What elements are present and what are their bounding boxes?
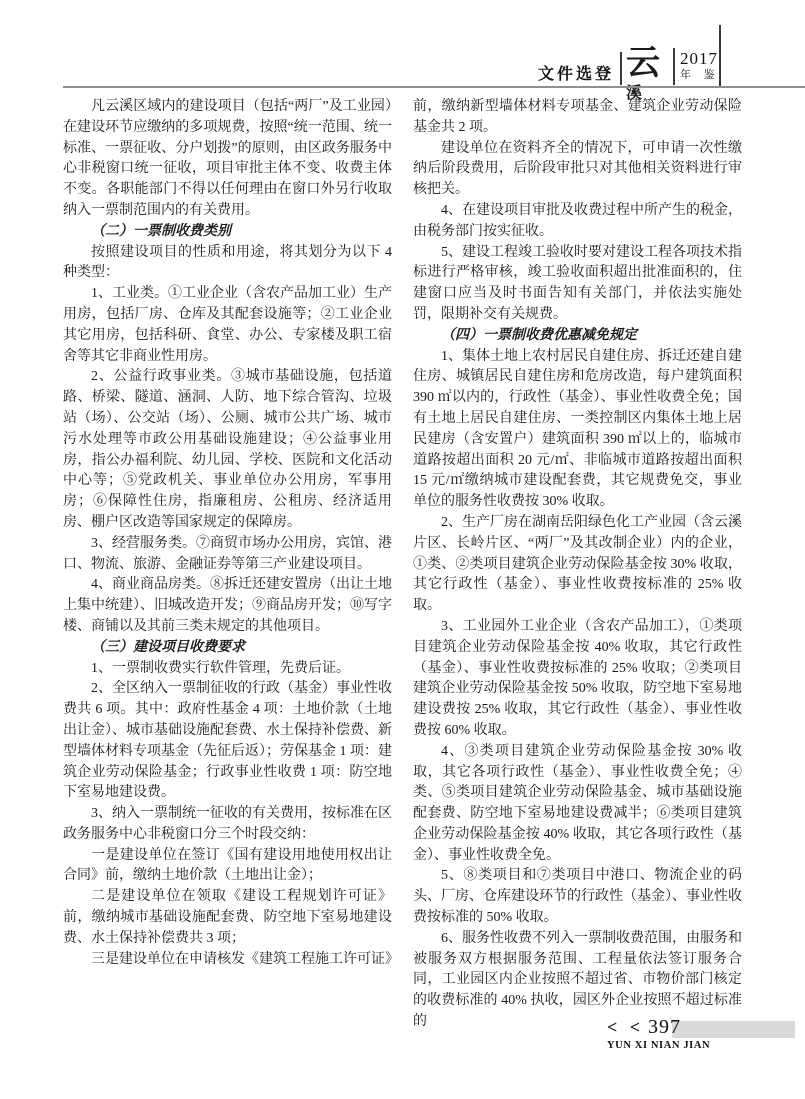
paragraph: 5、⑧类项目和⑦类项目中港口、物流企业的码头、厂房、仓库建设环节的行政性（基金）…: [413, 866, 742, 928]
paragraph: 按照建设项目的性质和用途，将其划分为以下 4 种类型：: [63, 243, 392, 285]
header-year: 2017: [680, 50, 718, 68]
paragraph: 1、工业类。①工业企业（含农产品加工业）生产用房，包括厂房、仓库及其配套设施等；…: [63, 284, 392, 367]
page-number: 397: [648, 1016, 681, 1038]
section-heading: （三）建设项目收费要求: [63, 638, 392, 659]
yearbook-page: 文件选登 云溪 2017 年 鉴 凡云溪区域内的建设项目（包括“两厂”及工业园）…: [0, 0, 805, 1099]
paragraph: 1、一票制收费实行软件管理，先费后证。: [63, 659, 392, 680]
paragraph: 前，缴纳新型墙体材料专项基金、建筑企业劳动保险基金共 2 项。: [413, 97, 742, 139]
right-column: 前，缴纳新型墙体材料专项基金、建筑企业劳动保险基金共 2 项。 建设单位在资料齐…: [413, 97, 742, 1033]
paragraph: 一是建设单位在签订《国有建设用地使用权出让合同》前，缴纳土地价款（土地出让金）；: [63, 846, 392, 888]
paragraph: 5、建设工程竣工验收时要对建设工程各项技术指标进行严格审核，竣工验收面积超出批准…: [413, 243, 742, 326]
paragraph: 凡云溪区域内的建设项目（包括“两厂”及工业园）在建设环节应缴纳的多项规费，按照“…: [63, 97, 392, 222]
section-heading: （四）一票制收费优惠减免规定: [413, 326, 742, 347]
header-divider: [719, 25, 721, 87]
paragraph: 2、全区纳入一票制征收的行政（基金）事业性收费共 6 项。其中：政府性基金 4 …: [63, 679, 392, 804]
paragraph: 三是建设单位在申请核发《建筑工程施工许可证》: [63, 950, 392, 971]
footer-accent-bar: [672, 1021, 795, 1038]
paragraph: 4、商业商品房类。⑧拆迁还建安置房（出让土地上集中统建）、旧城改造开发；⑨商品房…: [63, 575, 392, 637]
footer-page-number: < <397: [607, 1016, 681, 1039]
masthead-title: 云溪: [626, 44, 670, 86]
header-divider: [673, 48, 675, 85]
footer-romanized-title: YUN XI NIAN JIAN: [607, 1040, 710, 1051]
page-nav-arrows-icon: < <: [607, 1017, 644, 1037]
paragraph: 3、经营服务类。⑦商贸市场办公用房，宾馆、港口、物流、旅游、金融证券等第三产业建…: [63, 534, 392, 576]
masthead-large-char: 云: [626, 45, 660, 82]
header-yearbook-label: 年 鉴: [680, 68, 718, 82]
section-heading: （二）一票制收费类别: [63, 222, 392, 243]
paragraph: 2、公益行政事业类。③城市基础设施，包括道路、桥梁、隧道、涵洞、人防、地下综合管…: [63, 367, 392, 533]
paragraph: 3、纳入一票制统一征收的有关费用，按标准在区政务服务中心非税窗口分三个时段交纳：: [63, 804, 392, 846]
paragraph: 2、生产厂房在湖南岳阳绿色化工产业园（含云溪片区、长岭片区、“两厂”及其改制企业…: [413, 513, 742, 617]
paragraph: 二是建设单位在领取《建设工程规划许可证》前，缴纳城市基础设施配套费、防空地下室易…: [63, 887, 392, 949]
paragraph: 4、③类项目建筑企业劳动保险基金按 30% 收取，其它各项行政性（基金）、事业性…: [413, 742, 742, 867]
header-divider: [620, 52, 622, 85]
header-rule: [63, 86, 805, 88]
header-year-box: 2017 年 鉴: [680, 50, 718, 82]
paragraph: 1、集体土地上农村居民自建住房、拆迁还建自建住房、城镇居民自建住房和危房改造，每…: [413, 347, 742, 513]
left-column: 凡云溪区域内的建设项目（包括“两厂”及工业园）在建设环节应缴纳的多项规费，按照“…: [63, 97, 392, 970]
paragraph: 4、在建设项目审批及收费过程中所产生的税金，由税务部门按实征收。: [413, 201, 742, 243]
paragraph: 6、服务性收费不列入一票制收费范围，由服务和被服务双方根据服务范围、工程量依法签…: [413, 929, 742, 1033]
header-section-label: 文件选登: [538, 61, 614, 84]
paragraph: 3、工业园外工业企业（含农产品加工），①类项目建筑企业劳动保险基金按 40% 收…: [413, 617, 742, 742]
paragraph: 建设单位在资料齐全的情况下，可申请一次性缴纳后阶段费用，后阶段审批只对其他相关资…: [413, 139, 742, 201]
